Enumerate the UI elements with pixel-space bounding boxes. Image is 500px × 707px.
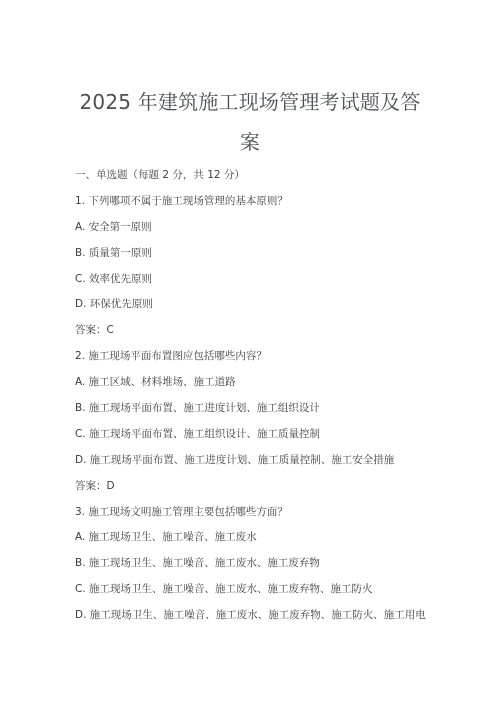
title-line-2: 案 bbox=[60, 122, 440, 162]
question-2-option-d: D. 施工现场平面布置、施工进度计划、施工质量控制、施工安全措施 bbox=[75, 453, 435, 479]
question-1-option-a: A. 安全第一原则 bbox=[75, 220, 435, 246]
question-2-option-c: C. 施工现场平面布置、施工组织设计、施工质量控制 bbox=[75, 427, 435, 453]
document-body: 一、单选题（每题 2 分，共 12 分） 1. 下列哪项不属于施工现场管理的基本… bbox=[75, 168, 435, 634]
question-3-option-c: C. 施工现场卫生、施工噪音、施工废水、施工废弃物、施工防火 bbox=[75, 582, 435, 608]
question-1-option-c: C. 效率优先原则 bbox=[75, 272, 435, 298]
question-3-option-b: B. 施工现场卫生、施工噪音、施工废水、施工废弃物 bbox=[75, 556, 435, 582]
question-1-text: 1. 下列哪项不属于施工现场管理的基本原则？ bbox=[75, 194, 435, 220]
question-3-text: 3. 施工现场文明施工管理主要包括哪些方面？ bbox=[75, 505, 435, 531]
document-page: 2025 年建筑施工现场管理考试题及答 案 一、单选题（每题 2 分，共 12 … bbox=[0, 0, 500, 707]
section-heading: 一、单选题（每题 2 分，共 12 分） bbox=[75, 168, 435, 194]
question-1-option-b: B. 质量第一原则 bbox=[75, 246, 435, 272]
question-2-text: 2. 施工现场平面布置图应包括哪些内容？ bbox=[75, 349, 435, 375]
question-1-option-d: D. 环保优先原则 bbox=[75, 297, 435, 323]
document-title: 2025 年建筑施工现场管理考试题及答 案 bbox=[60, 82, 440, 162]
question-3-option-a: A. 施工现场卫生、施工噪音、施工废水 bbox=[75, 530, 435, 556]
question-2-option-b: B. 施工现场平面布置、施工进度计划、施工组织设计 bbox=[75, 401, 435, 427]
question-3-option-d: D. 施工现场卫生、施工噪音、施工废水、施工废弃物、施工防火、施工用电 bbox=[75, 608, 435, 634]
question-2-answer: 答案：D bbox=[75, 479, 435, 505]
question-1-answer: 答案：C bbox=[75, 323, 435, 349]
question-2-option-a: A. 施工区域、材料堆场、施工道路 bbox=[75, 375, 435, 401]
title-line-1: 2025 年建筑施工现场管理考试题及答 bbox=[60, 82, 440, 122]
